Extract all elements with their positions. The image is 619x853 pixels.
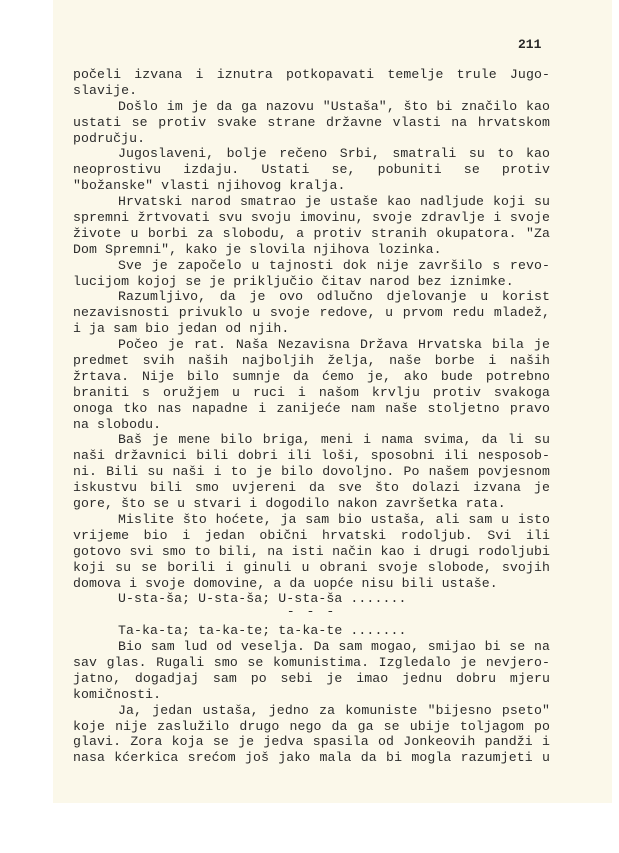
page-number: 211 [518,37,541,52]
text-line: području. [73,131,550,147]
text-line: Ta-ka-ta; ta-ka-te; ta-ka-te ....... [73,623,550,639]
text-line: počeli izvana i iznutra potkopavati teme… [73,67,550,83]
text-line: koji su se borili i ginuli u obrani svoj… [73,560,550,576]
text-line: slavije. [73,83,550,99]
text-line: Ja, jedan ustaša, jedno za komuniste "bi… [73,703,550,719]
text-line: lucijom kojoj se je priključio čitav nar… [73,274,550,290]
section-separator: - - - [73,604,550,620]
text-line: iskustvu bili smo uvjereni da sve što do… [73,480,550,496]
text-line: predmet svih naših najboljih želja, naše… [73,353,550,369]
text-line: ustati se protiv svake strane državne vl… [73,115,550,131]
text-line: glavi. Zora koja se je jedva spasila od … [73,734,550,750]
text-line: sav glas. Rugali smo se komunistima. Izg… [73,655,550,671]
text-line: Razumljivo, da je ovo odlučno djelovanje… [73,289,550,305]
text-line: naši državnici bili dobri ili loši, spos… [73,448,550,464]
text-line: neoprostivu izdaju. Ustati se, pobuniti … [73,162,550,178]
text-line: Mislite što hoćete, ja sam bio ustaša, a… [73,512,550,528]
text-line: Jugoslaveni, bolje rečeno Srbi, smatrali… [73,146,550,162]
text-line: koje nije zaslužilo drugo nego da ga se … [73,719,550,735]
text-line: Dom Spremni", kako je slovila njihova lo… [73,242,550,258]
text-line: Bio sam lud od veselja. Da sam mogao, sm… [73,639,550,655]
text-line: žrtava. Nije bilo sumnje da ćemo je, ako… [73,369,550,385]
text-line: onoga tko nas napadne i zanijeće nam naš… [73,401,550,417]
text-line: ni. Bili su naši i to je bilo dovoljno. … [73,464,550,480]
text-line: živote u borbi za slobodu, a protiv stra… [73,226,550,242]
text-line: jatno, dogadjaj sam po sebi je imao jedn… [73,671,550,687]
text-line: vrijeme bio i jedan obični hrvatski rodo… [73,528,550,544]
text-line: Počeo je rat. Naša Nezavisna Država Hrva… [73,337,550,353]
text-line: Sve je započelo u tajnosti dok nije zavr… [73,258,550,274]
text-line: nezavisnosti privuklo u svoje redove, u … [73,305,550,321]
text-line: domova i svoje domovine, a da uopće nisu… [73,576,550,592]
text-line: Došlo im je da ga nazovu "Ustaša", što b… [73,99,550,115]
text-line: gotovo svi smo to bili, na isti način ka… [73,544,550,560]
text-line: i ja sam bio jedan od njih. [73,321,550,337]
text-line: "božanske" vlasti njihovog kralja. [73,178,550,194]
text-line: Baš je mene bilo briga, meni i nama svim… [73,432,550,448]
text-line: gore, što se u stvari i dogodilo nakon z… [73,496,550,512]
page-body-text: počeli izvana i iznutra potkopavati teme… [73,67,550,766]
text-line: spremni žrtvovati svu svoju imovinu, svo… [73,210,550,226]
text-line: nasa kćerkica srećom još jako mala da bi… [73,750,550,766]
text-line: Hrvatski narod smatrao je ustaše kao nad… [73,194,550,210]
text-line: na slobodu. [73,417,550,433]
text-line: braniti s oružjem u ruci i našom krvlju … [73,385,550,401]
text-line: komičnosti. [73,687,550,703]
